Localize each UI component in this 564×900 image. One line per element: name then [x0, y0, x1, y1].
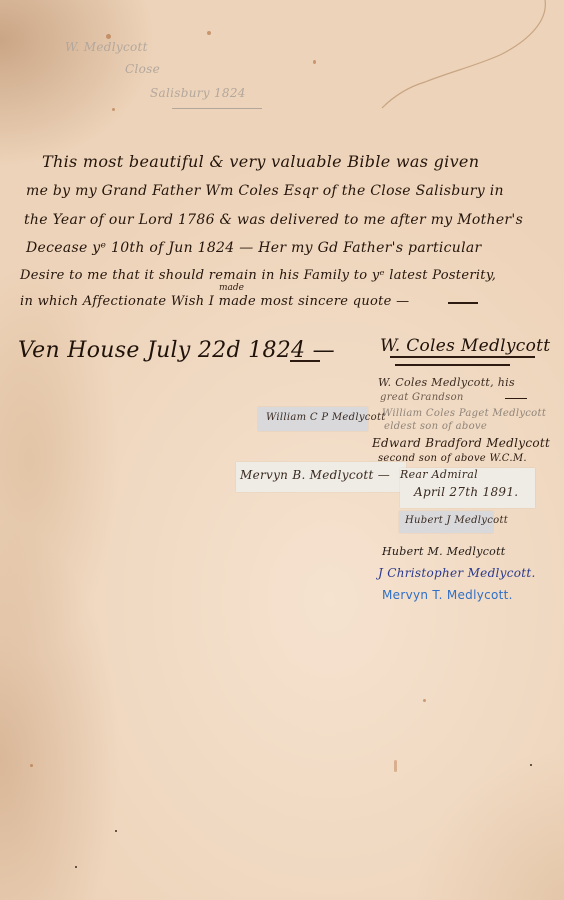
- pasted-slip-hubert-j: Hubert J Medlycott: [399, 511, 493, 533]
- dateline: Ven House July 22d 1824 —: [18, 338, 335, 363]
- foxing-spot: [313, 60, 316, 64]
- signature-date-1891: April 27th 1891.: [414, 485, 518, 499]
- pencil-underline: [172, 108, 262, 109]
- signature-hubert-j-medlycott: Hubert J Medlycott: [405, 515, 508, 526]
- signature-eldest-son: eldest son of above: [384, 421, 487, 432]
- signature-rear-admiral: Rear Admiral: [400, 468, 478, 481]
- foxing-spot: [75, 866, 77, 868]
- interlinear-insert: made: [219, 283, 244, 293]
- foxing-spot: [112, 108, 115, 111]
- signature-mervyn-t-medlycott: Mervyn T. Medlycott.: [382, 588, 513, 602]
- foxing-spot: [207, 31, 211, 35]
- signature-great-grandson: W. Coles Medlycott, his: [378, 376, 515, 389]
- foxing-spot: [530, 764, 532, 766]
- signature-hubert-m-medlycott: Hubert M. Medlycott: [382, 545, 506, 558]
- signature-william-coles-paget: William Coles Paget Medlycott: [382, 408, 546, 419]
- foxing-spot: [423, 699, 426, 702]
- grandson-dash: [505, 398, 527, 399]
- inscription-line-3: the Year of our Lord 1786 & was delivere…: [24, 212, 523, 228]
- manuscript-page: W. Medlycott Close Salisbury 1824 This m…: [0, 0, 564, 900]
- pencil-note-line-2: Close: [125, 62, 160, 76]
- pencil-note-line-3: Salisbury 1824: [150, 86, 246, 100]
- inscription-line-6: in which Affectionate Wish I made most s…: [20, 294, 409, 309]
- inscription-line-5: Desire to me that it should remain in hi…: [20, 268, 496, 283]
- signature-w-coles-medlycott: W. Coles Medlycott: [380, 336, 550, 356]
- foxing-spot: [394, 760, 397, 772]
- signature-william-c-p-medlycott: William C P Medlycott: [266, 412, 386, 423]
- foxing-spot: [30, 764, 33, 767]
- signature-mervyn-b-medlycott: Mervyn B. Medlycott —: [240, 468, 390, 482]
- paper-crease: [380, 0, 564, 110]
- signature-underline-2: [395, 364, 510, 366]
- closing-dash: [448, 302, 478, 304]
- signature-great-grandson-note: great Grandson: [380, 392, 464, 403]
- signature-underline: [390, 356, 535, 358]
- pasted-slip-mervyn-b: Mervyn B. Medlycott —: [236, 462, 406, 492]
- signature-edward-bradford: Edward Bradford Medlycott: [372, 436, 550, 450]
- inscription-line-2: me by my Grand Father Wm Coles Esqr of t…: [26, 183, 504, 199]
- pasted-slip-william: William C P Medlycott: [258, 407, 368, 431]
- pencil-note-line-1: W. Medlycott: [65, 40, 148, 54]
- dateline-dash: [290, 360, 320, 362]
- foxing-spot: [106, 34, 111, 39]
- signature-j-christopher-medlycott: J Christopher Medlycott.: [378, 566, 536, 580]
- foxing-spot: [115, 830, 117, 832]
- inscription-line-4: Decease yᵉ 10th of Jun 1824 — Her my Gd …: [26, 240, 482, 256]
- pasted-slip-mervyn-b-tail: Rear Admiral April 27th 1891.: [400, 468, 535, 508]
- inscription-line-1: This most beautiful & very valuable Bibl…: [42, 152, 479, 171]
